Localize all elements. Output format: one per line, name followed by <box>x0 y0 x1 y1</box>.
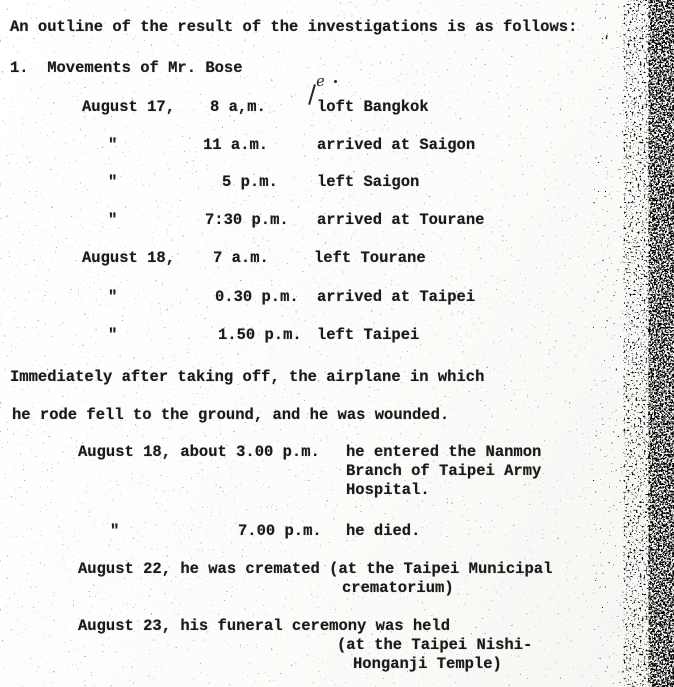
time-cell: 7.00 p.m. <box>238 522 322 541</box>
time-cell: 1.50 p.m. <box>218 326 302 345</box>
date-cell: " <box>108 288 117 307</box>
event-cell: he died. <box>346 522 420 541</box>
hospital-entry-line: Branch of Taipei Army <box>346 462 541 481</box>
cremation-entry-line: crematorium) <box>342 579 454 598</box>
timeline-row: August 18, 7 a.m. left Tourane <box>0 249 674 269</box>
event-cell: arrived at Saigon <box>317 136 475 155</box>
time-cell: 7 a.m. <box>213 249 269 268</box>
event-cell: left Tourane <box>314 249 426 268</box>
intro-line: An outline of the result of the investig… <box>10 18 577 37</box>
date-cell: " <box>110 522 119 541</box>
date-cell: " <box>108 136 117 155</box>
hospital-entry-line: Hospital. <box>346 481 430 500</box>
handwritten-dot-mark <box>334 80 337 83</box>
time-cell: 0.30 p.m. <box>215 288 299 307</box>
timeline-row: August 17, 8 a,m. loft Bangkok e <box>0 98 674 118</box>
time-cell: 5 p.m. <box>222 173 278 192</box>
time-cell: 11 a.m. <box>203 136 268 155</box>
event-cell: arrived at Taipei <box>317 288 475 307</box>
timeline-row: " 5 p.m. left Saigon <box>0 173 674 193</box>
date-cell: August 17, <box>82 98 175 117</box>
section-heading: 1. Movements of Mr. Bose <box>10 59 243 78</box>
handwritten-correction-e: e <box>315 72 326 91</box>
date-cell: August 18, <box>82 249 175 268</box>
funeral-entry-line: (at the Taipei Nishi- <box>337 636 532 655</box>
funeral-entry-line: Honganji Temple) <box>353 655 502 674</box>
paragraph-line: he rode fell to the ground, and he was w… <box>12 406 449 425</box>
cremation-entry-line: August 22, he was cremated (at the Taipe… <box>78 560 552 579</box>
event-cell: arrived at Tourane <box>317 211 484 230</box>
date-cell: " <box>108 211 117 230</box>
hospital-entry-date-time: August 18, about 3.00 p.m. <box>78 443 320 462</box>
event-cell: left Saigon <box>317 173 419 192</box>
scanned-document-page: An outline of the result of the investig… <box>0 0 674 687</box>
timeline-row: " 0.30 p.m. arrived at Taipei <box>0 288 674 308</box>
event-cell: left Taipei <box>317 326 419 345</box>
timeline-row: " 11 a.m. arrived at Saigon <box>0 136 674 156</box>
time-cell: 7:30 p.m. <box>205 211 289 230</box>
time-cell: 8 a,m. <box>210 98 266 117</box>
timeline-row: " 7:30 p.m. arrived at Tourane <box>0 211 674 231</box>
funeral-entry-line: August 23, his funeral ceremony was held <box>78 617 450 636</box>
death-entry-row: " 7.00 p.m. he died. <box>0 522 674 542</box>
date-cell: " <box>108 326 117 345</box>
handwritten-caret-mark <box>308 84 316 105</box>
stray-apostrophe-mark: ' <box>603 32 610 51</box>
timeline-row: " 1.50 p.m. left Taipei <box>0 326 674 346</box>
paragraph-line: Immediately after taking off, the airpla… <box>10 368 484 387</box>
date-cell: " <box>108 173 117 192</box>
event-cell: loft Bangkok <box>317 98 429 117</box>
hospital-entry-line: he entered the Nanmon <box>346 443 541 462</box>
